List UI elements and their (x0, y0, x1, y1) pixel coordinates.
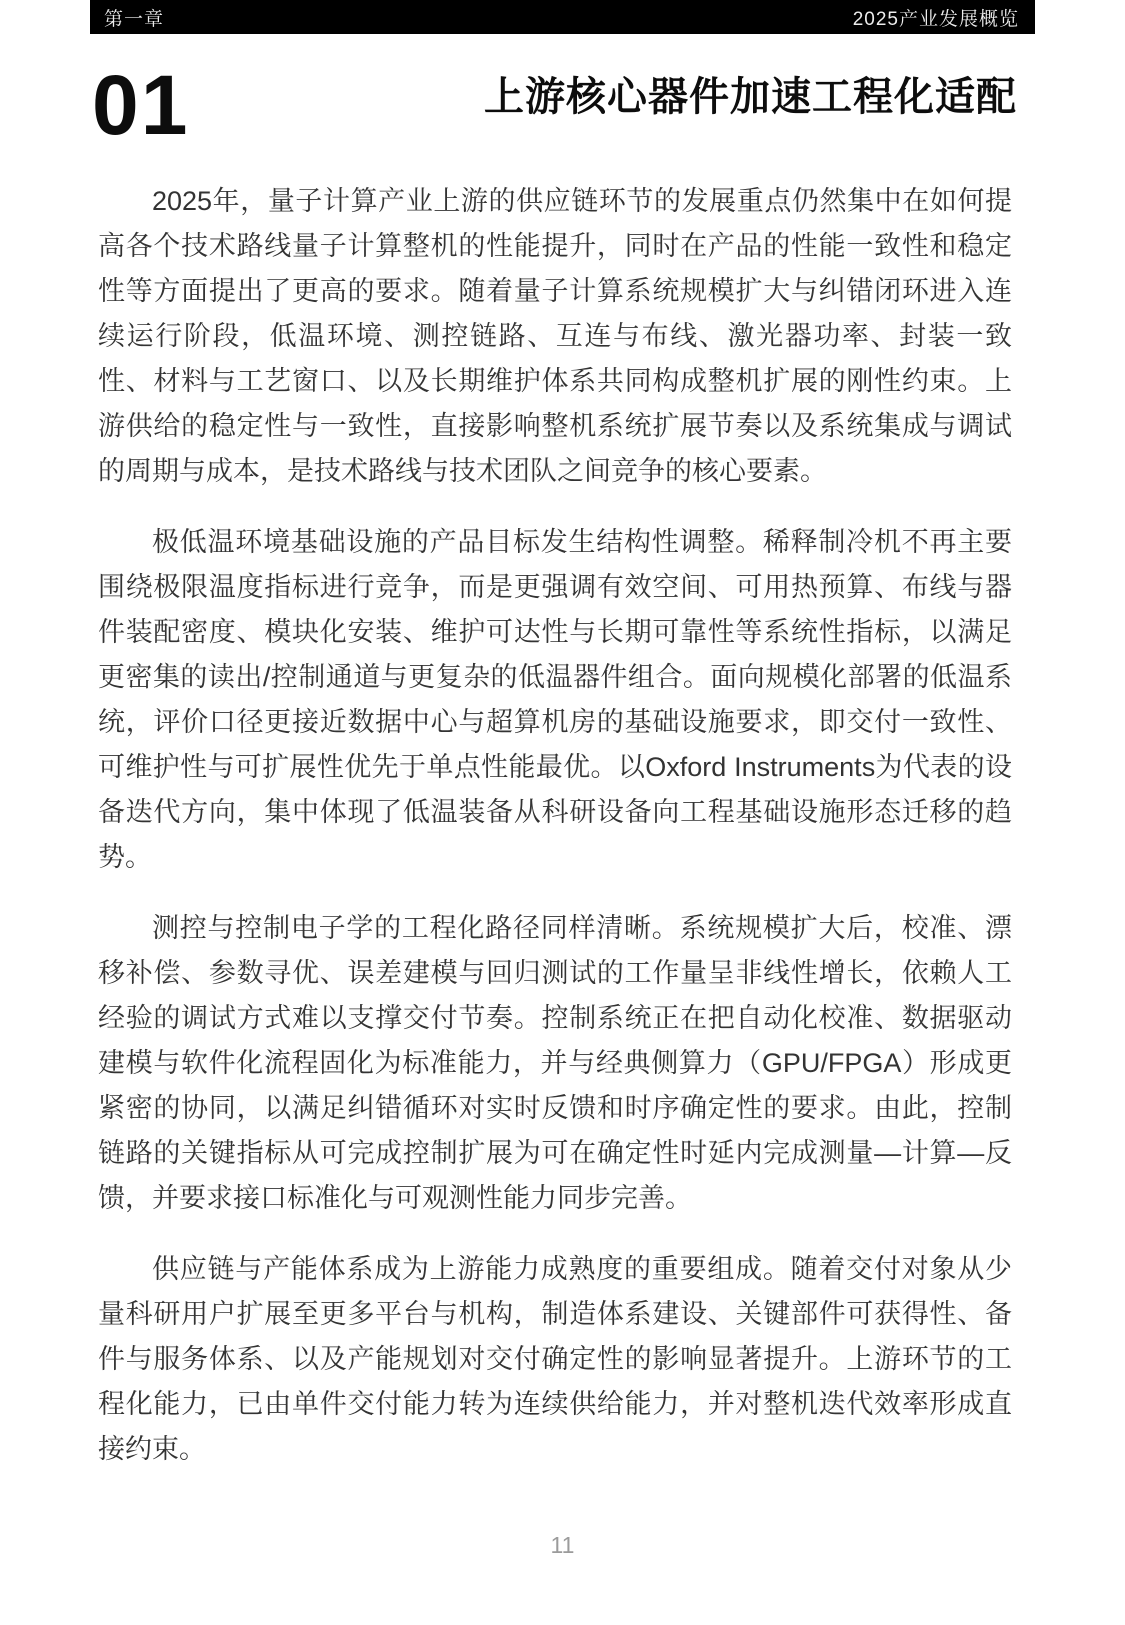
section-heading: 01 上游核心器件加速工程化适配 (92, 66, 1017, 144)
document-page: 第一章 2025产业发展概览 01 上游核心器件加速工程化适配 2025年，量子… (0, 0, 1125, 1625)
header-report-title: 2025产业发展概览 (853, 4, 1019, 31)
paragraph-2: 极低温环境基础设施的产品目标发生结构性调整。稀释制冷机不再主要围绕极限温度指标进… (98, 520, 1012, 880)
paragraph-4: 供应链与产能体系成为上游能力成熟度的重要组成。随着交付对象从少量科研用户扩展至更… (98, 1247, 1012, 1472)
body-content: 2025年，量子计算产业上游的供应链环节的发展重点仍然集中在如何提高各个技术路线… (98, 179, 1012, 1472)
paragraph-3: 测控与控制电子学的工程化路径同样清晰。系统规模扩大后，校准、漂移补偿、参数寻优、… (98, 906, 1012, 1221)
page-header-bar: 第一章 2025产业发展概览 (90, 0, 1035, 34)
header-chapter-label: 第一章 (104, 4, 164, 31)
section-title: 上游核心器件加速工程化适配 (484, 76, 1017, 118)
page-number: 11 (551, 1532, 575, 1558)
section-number: 01 (92, 66, 189, 144)
paragraph-1: 2025年，量子计算产业上游的供应链环节的发展重点仍然集中在如何提高各个技术路线… (98, 179, 1012, 494)
page-footer: 11 (0, 1532, 1125, 1559)
